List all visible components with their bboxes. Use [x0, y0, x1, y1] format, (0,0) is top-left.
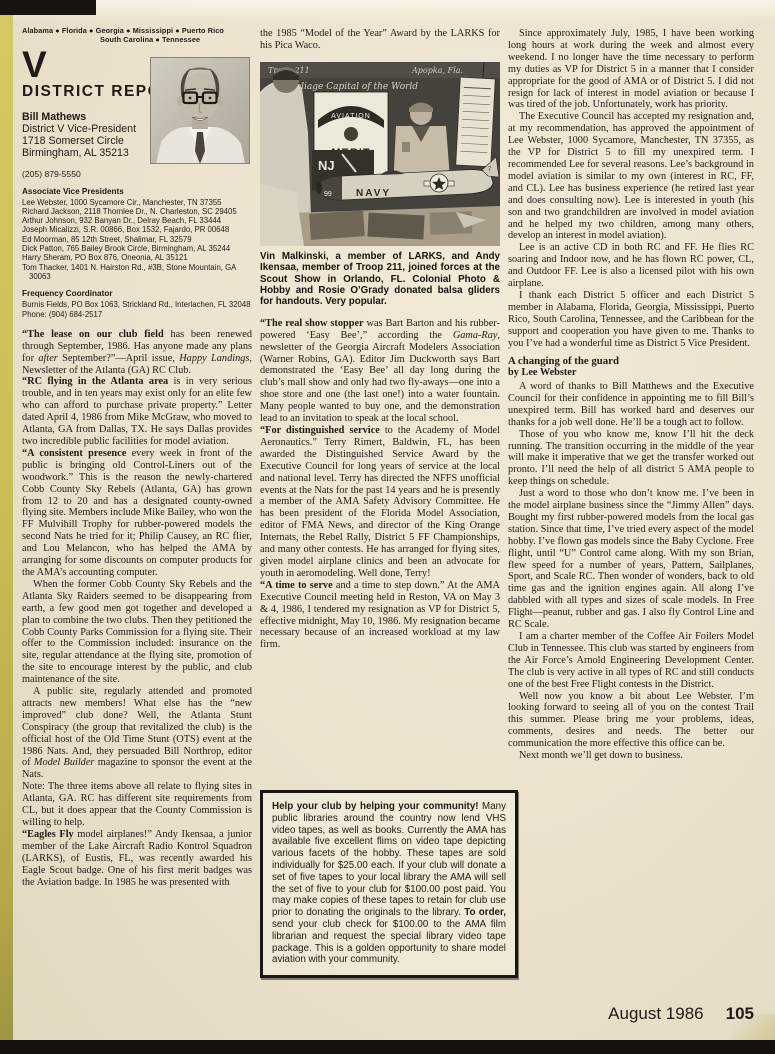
avp-list: Lee Webster, 1000 Sycamore Cir., Manches…	[22, 198, 252, 282]
contact-entry: Tom Thacker, 1401 N. Hairston Rd., #3B, …	[22, 263, 252, 282]
contact-entry: Ed Moorman, 85 12th Street, Shalimar, FL…	[22, 235, 252, 244]
table-photo-2	[367, 212, 424, 239]
photo-caption: Vin Malkinski, a member of LARKS, and An…	[260, 251, 500, 308]
paragraph: “The real show stopper was Bart Barton a…	[260, 318, 500, 425]
poster-arch-text: AVIATION	[331, 113, 371, 120]
section-subhead: A changing of the guard	[508, 355, 754, 367]
paragraph: Since approximately July, 1985, I have b…	[508, 28, 754, 111]
scan-edge-top	[0, 0, 775, 22]
paragraph: “The lease on our club field has been re…	[22, 329, 252, 377]
text-segment: “The real show stopper	[260, 318, 364, 329]
states-line-1: Alabama ● Florida ● Georgia ● Mississipp…	[22, 26, 252, 35]
text-segment: When the former Cobb County Sky Rebels a…	[22, 579, 252, 685]
text-segment: A public site, regularly attended and pr…	[22, 686, 252, 768]
contact-entry: Dick Patton, 765 Bailey Brook Circle, Bi…	[22, 244, 252, 253]
column2-intro: the 1985 “Model of the Year” Award by th…	[260, 28, 500, 52]
text-segment: Happy Landings	[179, 353, 249, 364]
avp-heading: Associate Vice Presidents	[22, 187, 252, 197]
text-segment: I thank each District 5 officer and each…	[508, 290, 754, 349]
frequency-coordinator-heading: Frequency Coordinator	[22, 289, 252, 299]
paragraph: the 1985 “Model of the Year” Award by th…	[260, 28, 500, 52]
text-segment: every week in front of the public is bri…	[22, 448, 252, 578]
text-segment: send your club check for $100.00 to the …	[272, 919, 506, 965]
contact-entry: Arthur Johnson, 932 Banyan Dr., Delray B…	[22, 216, 252, 225]
paragraph: Help your club by helping your community…	[272, 801, 506, 966]
text-segment: the 1985 “Model of the Year” Award by th…	[260, 28, 500, 51]
paragraph: “For distinguished service to the Academ…	[260, 425, 500, 580]
vice-president-portrait-photo	[150, 57, 250, 164]
paragraph: Note: The three items above all relate t…	[22, 781, 252, 829]
text-segment: Many public libraries around the country…	[272, 801, 506, 918]
fuselage-navy-text: NAVY	[356, 188, 391, 199]
paragraph: Those of you who know me, know I’ll hit …	[508, 429, 754, 489]
text-segment: Gama-Ray	[453, 330, 498, 341]
table-photo-1	[309, 210, 365, 240]
text-segment: A word of thanks to Bill Matthews and th…	[508, 381, 754, 428]
portrait-illustration	[150, 57, 250, 164]
text-segment: Well now you know a bit about Lee Webste…	[508, 691, 754, 750]
paragraph: A public site, regularly attended and pr…	[22, 686, 252, 781]
states-line-2: South Carolina ● Tennessee	[100, 35, 252, 44]
text-segment: Note: The three items above all relate t…	[22, 781, 252, 828]
club-help-box: Help your club by helping your community…	[260, 790, 518, 978]
handwriting-city: Apopka, Fla.	[411, 66, 463, 75]
paragraph: Just a word to those who don’t know me. …	[508, 488, 754, 631]
officer-address-2: Birmingham, AL 35213	[22, 148, 152, 160]
text-segment: Those of you who know me, know I’ll hit …	[508, 429, 754, 488]
paragraph: “A time to serve and a time to step down…	[260, 580, 500, 651]
text-segment: “Eagles Fly	[22, 829, 74, 840]
text-segment: “A consistent presence	[22, 448, 126, 459]
eye-left	[189, 97, 192, 100]
text-segment: “For distinguished service	[260, 425, 380, 436]
text-segment: The Executive Council has accepted my re…	[508, 111, 754, 241]
text-segment: To order,	[464, 907, 506, 918]
eyebrow-left	[185, 89, 196, 90]
page-number: 105	[726, 1004, 754, 1024]
contact-entry: Lee Webster, 1000 Sycamore Cir., Manches…	[22, 198, 252, 207]
contact-entry: Joseph Micalizzi, S.R. 00866, Box 1532, …	[22, 225, 252, 234]
eye-right	[209, 97, 212, 100]
text-segment: Lee is an active CD in both RC and FF. H…	[508, 242, 754, 289]
text-segment: to the Academy of Model Aeronautics.” Te…	[260, 425, 500, 579]
score-chart	[456, 77, 496, 167]
text-segment: “A time to serve	[260, 580, 333, 591]
paragraph: Well now you know a bit about Lee Webste…	[508, 691, 754, 751]
backdrop-letters: NJ	[318, 158, 335, 173]
scan-edge-topleft-bar	[0, 0, 96, 15]
text-segment: Help your club by helping your community…	[272, 801, 479, 812]
scout-show-illustration: Troop 211 Apopka, Fla. Foliage Capital o…	[260, 62, 500, 246]
club-help-box-text: Help your club by helping your community…	[272, 801, 506, 966]
contact-entry: Harry Sheram, PO Box 876, Oneonia, AL 35…	[22, 253, 252, 262]
paragraph: Lee is an active CD in both RC and FF. H…	[508, 242, 754, 290]
paragraph: “Eagles Fly model airplanes!” Andy Ikens…	[22, 829, 252, 889]
column3-body-bottom: A word of thanks to Bill Matthews and th…	[508, 381, 754, 762]
text-segment: Next month we’ll get down to business.	[519, 750, 683, 761]
poster-emblem	[344, 127, 358, 141]
text-segment: Just a word to those who don’t know me. …	[508, 488, 754, 630]
contact-entry: Richard Jackson, 2118 Thornlee Dr., N. C…	[22, 207, 252, 216]
byline: by Lee Webster	[508, 367, 754, 379]
column-1: Alabama ● Florida ● Georgia ● Mississipp…	[22, 26, 252, 888]
magazine-page: Alabama ● Florida ● Georgia ● Mississipp…	[0, 0, 775, 1054]
ear-right	[217, 96, 223, 106]
paragraph: “RC flying in the Atlanta area is in ver…	[22, 376, 252, 447]
contact-entry: Phone: (904) 684-2517	[22, 310, 252, 319]
column-3: Since approximately July, 1985, I have b…	[508, 26, 754, 762]
column1-body: “The lease on our club field has been re…	[22, 329, 252, 889]
paragraph: I am a charter member of the Coffee Air …	[508, 631, 754, 691]
contact-entry: Burnis Fields, PO Box 1063, Strickland R…	[22, 300, 252, 309]
officer-block: Bill Mathews District V Vice-President 1…	[22, 112, 152, 159]
frequency-coordinator-list: Burnis Fields, PO Box 1063, Strickland R…	[22, 300, 252, 319]
paragraph: Next month we’ll get down to business.	[508, 750, 754, 762]
column2-body: “The real show stopper was Bart Barton a…	[260, 318, 500, 651]
text-segment: September?”—April issue,	[58, 353, 179, 364]
issue-date: August 1986	[608, 1004, 703, 1024]
officer-phone: (205) 879-5550	[22, 169, 252, 179]
page-footer: August 1986 105	[508, 1004, 754, 1024]
text-segment: , newsletter of the Georgia Aircraft Mod…	[260, 330, 500, 424]
scout-show-photo: Troop 211 Apopka, Fla. Foliage Capital o…	[260, 62, 500, 246]
scan-edge-left	[0, 0, 13, 1054]
text-segment: after	[38, 353, 57, 364]
ear-left	[177, 96, 183, 106]
paragraph: The Executive Council has accepted my re…	[508, 111, 754, 242]
handwriting-banner: Foliage Capital of the World	[289, 82, 418, 92]
text-segment: Since approximately July, 1985, I have b…	[508, 28, 754, 110]
eyebrow-right	[204, 89, 215, 90]
paragraph: When the former Cobb County Sky Rebels a…	[22, 579, 252, 686]
district-states: Alabama ● Florida ● Georgia ● Mississipp…	[22, 26, 252, 44]
nose-number: 99	[324, 191, 332, 198]
column-2: the 1985 “Model of the Year” Award by th…	[260, 26, 500, 1036]
chart-paper	[456, 77, 496, 167]
scan-edge-bottom-bar	[0, 1040, 775, 1054]
column3-body-top: Since approximately July, 1985, I have b…	[508, 28, 754, 349]
spinner	[316, 182, 322, 194]
text-segment: I am a charter member of the Coffee Air …	[508, 631, 754, 690]
paragraph: I thank each District 5 officer and each…	[508, 290, 754, 350]
text-segment: Model Builder	[34, 757, 95, 768]
paragraph: A word of thanks to Bill Matthews and th…	[508, 381, 754, 429]
scout-pocket	[402, 142, 410, 152]
text-segment: “RC flying in the Atlanta area	[22, 376, 168, 387]
text-segment: “The lease on our club field	[22, 329, 164, 340]
paragraph: “A consistent presence every week in fro…	[22, 448, 252, 579]
